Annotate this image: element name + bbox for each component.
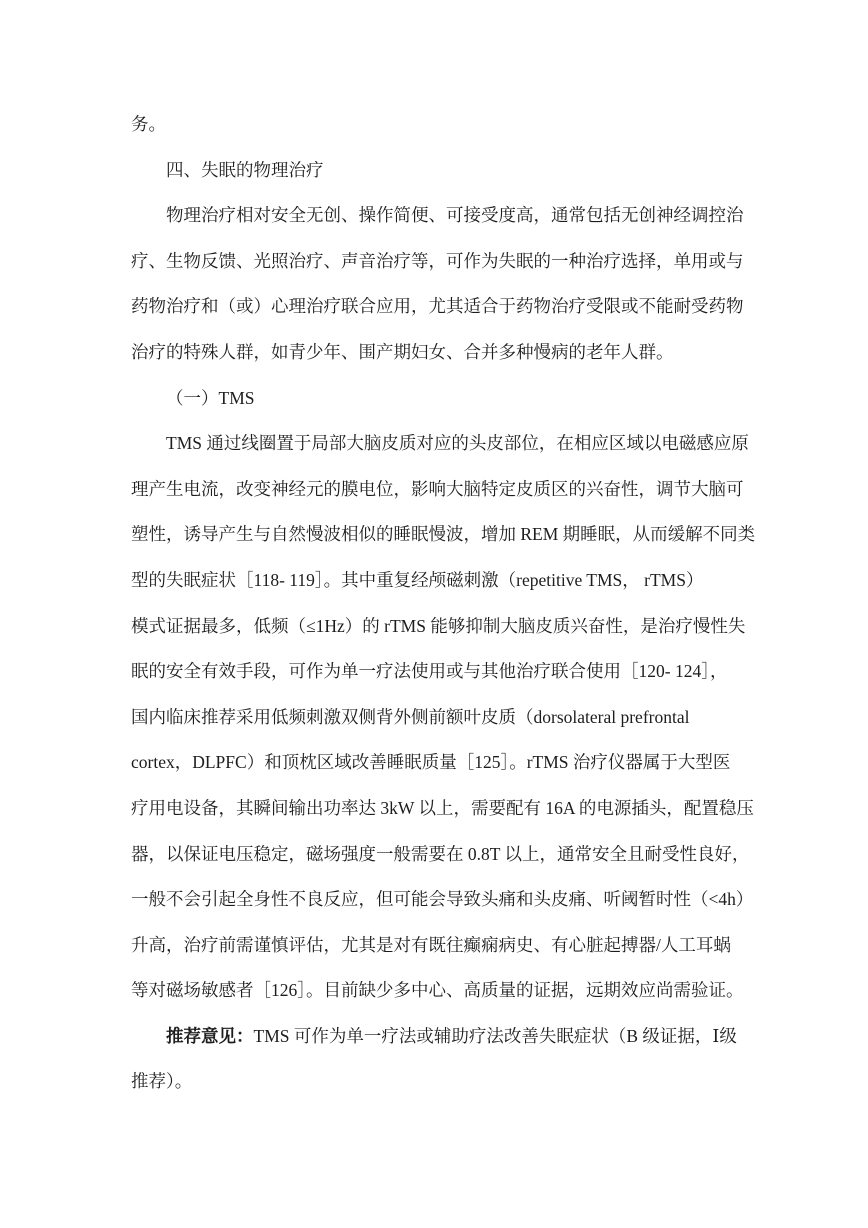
document-page: 务。 四、失眠的物理治疗 物理治疗相对安全无创、操作简便、可接受度高，通常包括无… xyxy=(0,0,868,1228)
text-line: 疗、生物反馈、光照治疗、声音治疗等，可作为失眠的一种治疗选择，单用或与 xyxy=(131,239,750,285)
subsection-heading-tms: （一）TMS xyxy=(131,376,750,422)
text-line: 眠的安全有效手段，可作为单一疗法使用或与其他治疗联合使用［120- 124］， xyxy=(131,649,750,695)
text-line: 治疗的特殊人群，如青少年、围产期妇女、合并多种慢病的老年人群。 xyxy=(131,330,750,376)
text-line: 药物治疗和（或）心理治疗联合应用，尤其适合于药物治疗受限或不能耐受药物 xyxy=(131,284,750,330)
recommendation-line: 推荐意见：TMS 可作为单一疗法或辅助疗法改善失眠症状（B 级证据，Ⅰ级 xyxy=(131,1014,750,1060)
text-line: 等对磁场敏感者［126］。目前缺少多中心、高质量的证据，远期效应尚需验证。 xyxy=(131,968,750,1014)
text-line: 务。 xyxy=(131,102,750,148)
text-line: 模式证据最多，低频（≤1Hz）的 rTMS 能够抑制大脑皮质兴奋性，是治疗慢性失 xyxy=(131,604,750,650)
text-line: 疗用电设备，其瞬间输出功率达 3kW 以上，需要配有 16A 的电源插头，配置稳… xyxy=(131,786,750,832)
text-line: 升高，治疗前需谨慎评估，尤其是对有既往癫痫病史、有心脏起搏器/人工耳蜗 xyxy=(131,923,750,969)
text-line: 国内临床推荐采用低频刺激双侧背外侧前额叶皮质（dorsolateral pref… xyxy=(131,695,750,741)
text-line: 器，以保证电压稳定，磁场强度一般需要在 0.8T 以上，通常安全且耐受性良好， xyxy=(131,832,750,878)
text-line: 塑性，诱导产生与自然慢波相似的睡眠慢波，增加 REM 期睡眠，从而缓解不同类 xyxy=(131,512,750,558)
text-line: cortex，DLPFC）和顶枕区域改善睡眠质量［125］。rTMS 治疗仪器属… xyxy=(131,740,750,786)
text-line: 物理治疗相对安全无创、操作简便、可接受度高，通常包括无创神经调控治 xyxy=(131,193,750,239)
section-heading-physical-therapy: 四、失眠的物理治疗 xyxy=(131,148,750,194)
text-line: 一般不会引起全身性不良反应，但可能会导致头痛和头皮痛、听阈暂时性（<4h） xyxy=(131,877,750,923)
text-line: TMS 通过线圈置于局部大脑皮质对应的头皮部位，在相应区域以电磁感应原 xyxy=(131,421,750,467)
text-line: 型的失眠症状［118- 119］。其中重复经颅磁刺激（repetitive TM… xyxy=(131,558,750,604)
recommendation-text: TMS 可作为单一疗法或辅助疗法改善失眠症状（B 级证据，Ⅰ级 xyxy=(254,1026,737,1046)
recommendation-label: 推荐意见： xyxy=(166,1026,254,1046)
recommendation-line: 推荐）。 xyxy=(131,1059,750,1105)
text-line: 理产生电流，改变神经元的膜电位，影响大脑特定皮质区的兴奋性，调节大脑可 xyxy=(131,467,750,513)
